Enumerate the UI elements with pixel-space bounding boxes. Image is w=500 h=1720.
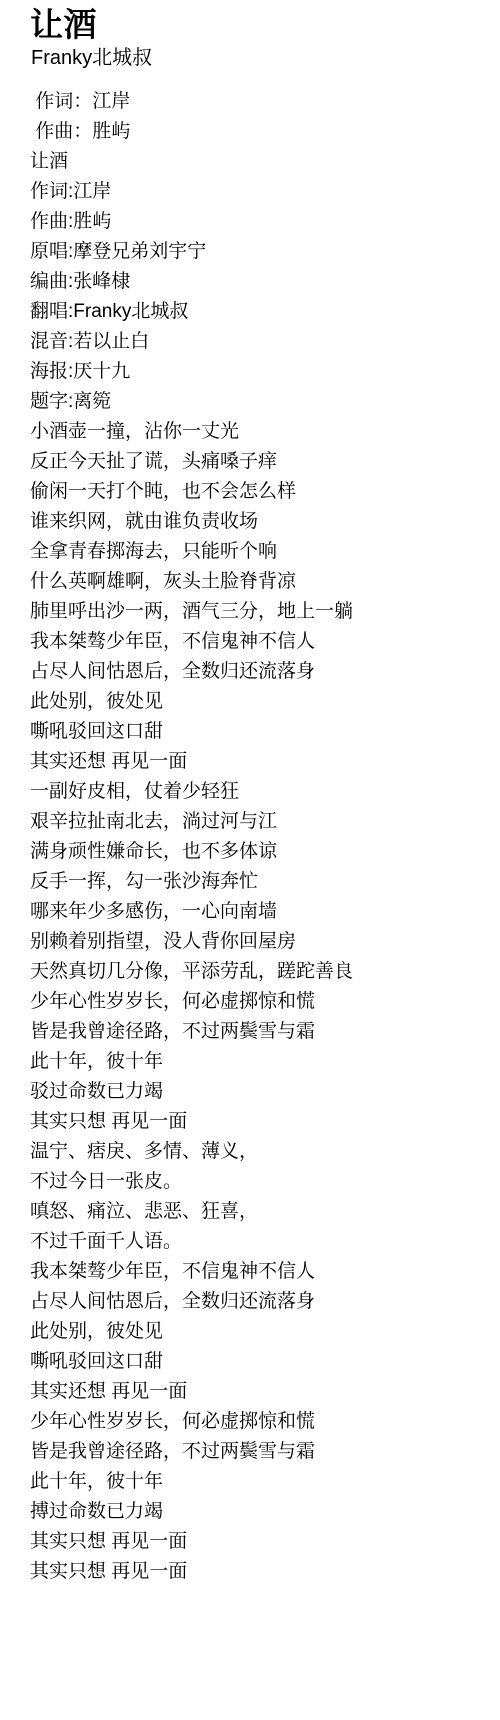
- info-line: 作曲:胜屿: [30, 207, 490, 237]
- lyric-line: 占尽人间怙恩后，全数归还流落身: [30, 657, 490, 687]
- info-line: 作词:江岸: [30, 177, 490, 207]
- lyric-line: 驳过命数已力竭: [30, 1077, 490, 1107]
- lyrics-page: 让酒 Franky北城叔 作词：江岸 作曲：胜屿 让酒作词:江岸作曲:胜屿原唱:…: [0, 0, 500, 1587]
- lyric-line: 我本桀骜少年臣，不信鬼神不信人: [30, 1257, 490, 1287]
- info-line: 让酒: [30, 147, 490, 177]
- lyric-line: 嘶吼驳回这口甜: [30, 1347, 490, 1377]
- info-line: 混音:若以止白: [30, 327, 490, 357]
- lyric-line: 全拿青春掷海去，只能听个响: [30, 537, 490, 567]
- artist-name: Franky北城叔: [31, 46, 490, 70]
- credits-list: 作词：江岸 作曲：胜屿: [30, 87, 490, 147]
- lyric-line: 不过今日一张皮。: [30, 1167, 490, 1197]
- credit-line: 作曲：胜屿: [30, 117, 490, 147]
- lyric-line: 小酒壶一撞，沾你一丈光: [30, 417, 490, 447]
- song-info-list: 让酒作词:江岸作曲:胜屿原唱:摩登兄弟刘宇宁编曲:张峰棣翻唱:Franky北城叔…: [30, 147, 490, 417]
- lyric-line: 皆是我曾途径路，不过两鬓雪与霜: [30, 1017, 490, 1047]
- lyric-line: 反正今天扯了谎，头痛嗓子痒: [30, 447, 490, 477]
- lyric-line: 温宁、痞戾、多情、薄义，: [30, 1137, 490, 1167]
- info-line: 翻唱:Franky北城叔: [30, 297, 490, 327]
- lyric-line: 此处别，彼处见: [30, 687, 490, 717]
- lyric-line: 此处别，彼处见: [30, 1317, 490, 1347]
- lyric-line: 满身顽性嫌命长，也不多体谅: [30, 837, 490, 867]
- lyric-line: 艰辛拉扯南北去，淌过河与江: [30, 807, 490, 837]
- info-line: 题字:离箢: [30, 387, 490, 417]
- lyric-line: 其实只想 再见一面: [30, 1527, 490, 1557]
- info-line: 海报:厌十九: [30, 357, 490, 387]
- lyric-line: 哪来年少多感伤，一心向南墙: [30, 897, 490, 927]
- lyrics-list: 小酒壶一撞，沾你一丈光反正今天扯了谎，头痛嗓子痒偷闲一天打个盹，也不会怎么样谁来…: [30, 417, 490, 1587]
- lyric-line: 少年心性岁岁长，何必虚掷惊和慌: [30, 987, 490, 1017]
- lyric-line: 天然真切几分像，平添劳乱，蹉跎善良: [30, 957, 490, 987]
- lyric-line: 偷闲一天打个盹，也不会怎么样: [30, 477, 490, 507]
- lyric-line: 其实只想 再见一面: [30, 1557, 490, 1587]
- info-line: 原唱:摩登兄弟刘宇宁: [30, 237, 490, 267]
- lyric-line: 少年心性岁岁长，何必虚掷惊和慌: [30, 1407, 490, 1437]
- lyric-line: 一副好皮相，仗着少轻狂: [30, 777, 490, 807]
- lyric-line: 其实还想 再见一面: [30, 1377, 490, 1407]
- lyric-line: 嘶吼驳回这口甜: [30, 717, 490, 747]
- lyric-line: 搏过命数已力竭: [30, 1497, 490, 1527]
- lyric-line: 皆是我曾途径路，不过两鬓雪与霜: [30, 1437, 490, 1467]
- lyric-line: 反手一挥，勾一张沙海奔忙: [30, 867, 490, 897]
- page-title: 让酒: [30, 6, 490, 44]
- lyric-line: 占尽人间怙恩后，全数归还流落身: [30, 1287, 490, 1317]
- lyric-line: 什么英啊雄啊，灰头土脸脊背凉: [30, 567, 490, 597]
- lyric-line: 肺里呼出沙一两，酒气三分，地上一躺: [30, 597, 490, 627]
- lyric-line: 其实只想 再见一面: [30, 1107, 490, 1137]
- lyric-line: 其实还想 再见一面: [30, 747, 490, 777]
- lyric-line: 我本桀骜少年臣，不信鬼神不信人: [30, 627, 490, 657]
- credit-line: 作词：江岸: [30, 87, 490, 117]
- lyric-line: 嗔怒、痛泣、悲恶、狂喜，: [30, 1197, 490, 1227]
- lyric-line: 不过千面千人语。: [30, 1227, 490, 1257]
- lyric-line: 此十年，彼十年: [30, 1467, 490, 1497]
- lyric-line: 此十年，彼十年: [30, 1047, 490, 1077]
- lyric-line: 谁来织网，就由谁负责收场: [30, 507, 490, 537]
- lyric-line: 别赖着别指望，没人背你回屋房: [30, 927, 490, 957]
- info-line: 编曲:张峰棣: [30, 267, 490, 297]
